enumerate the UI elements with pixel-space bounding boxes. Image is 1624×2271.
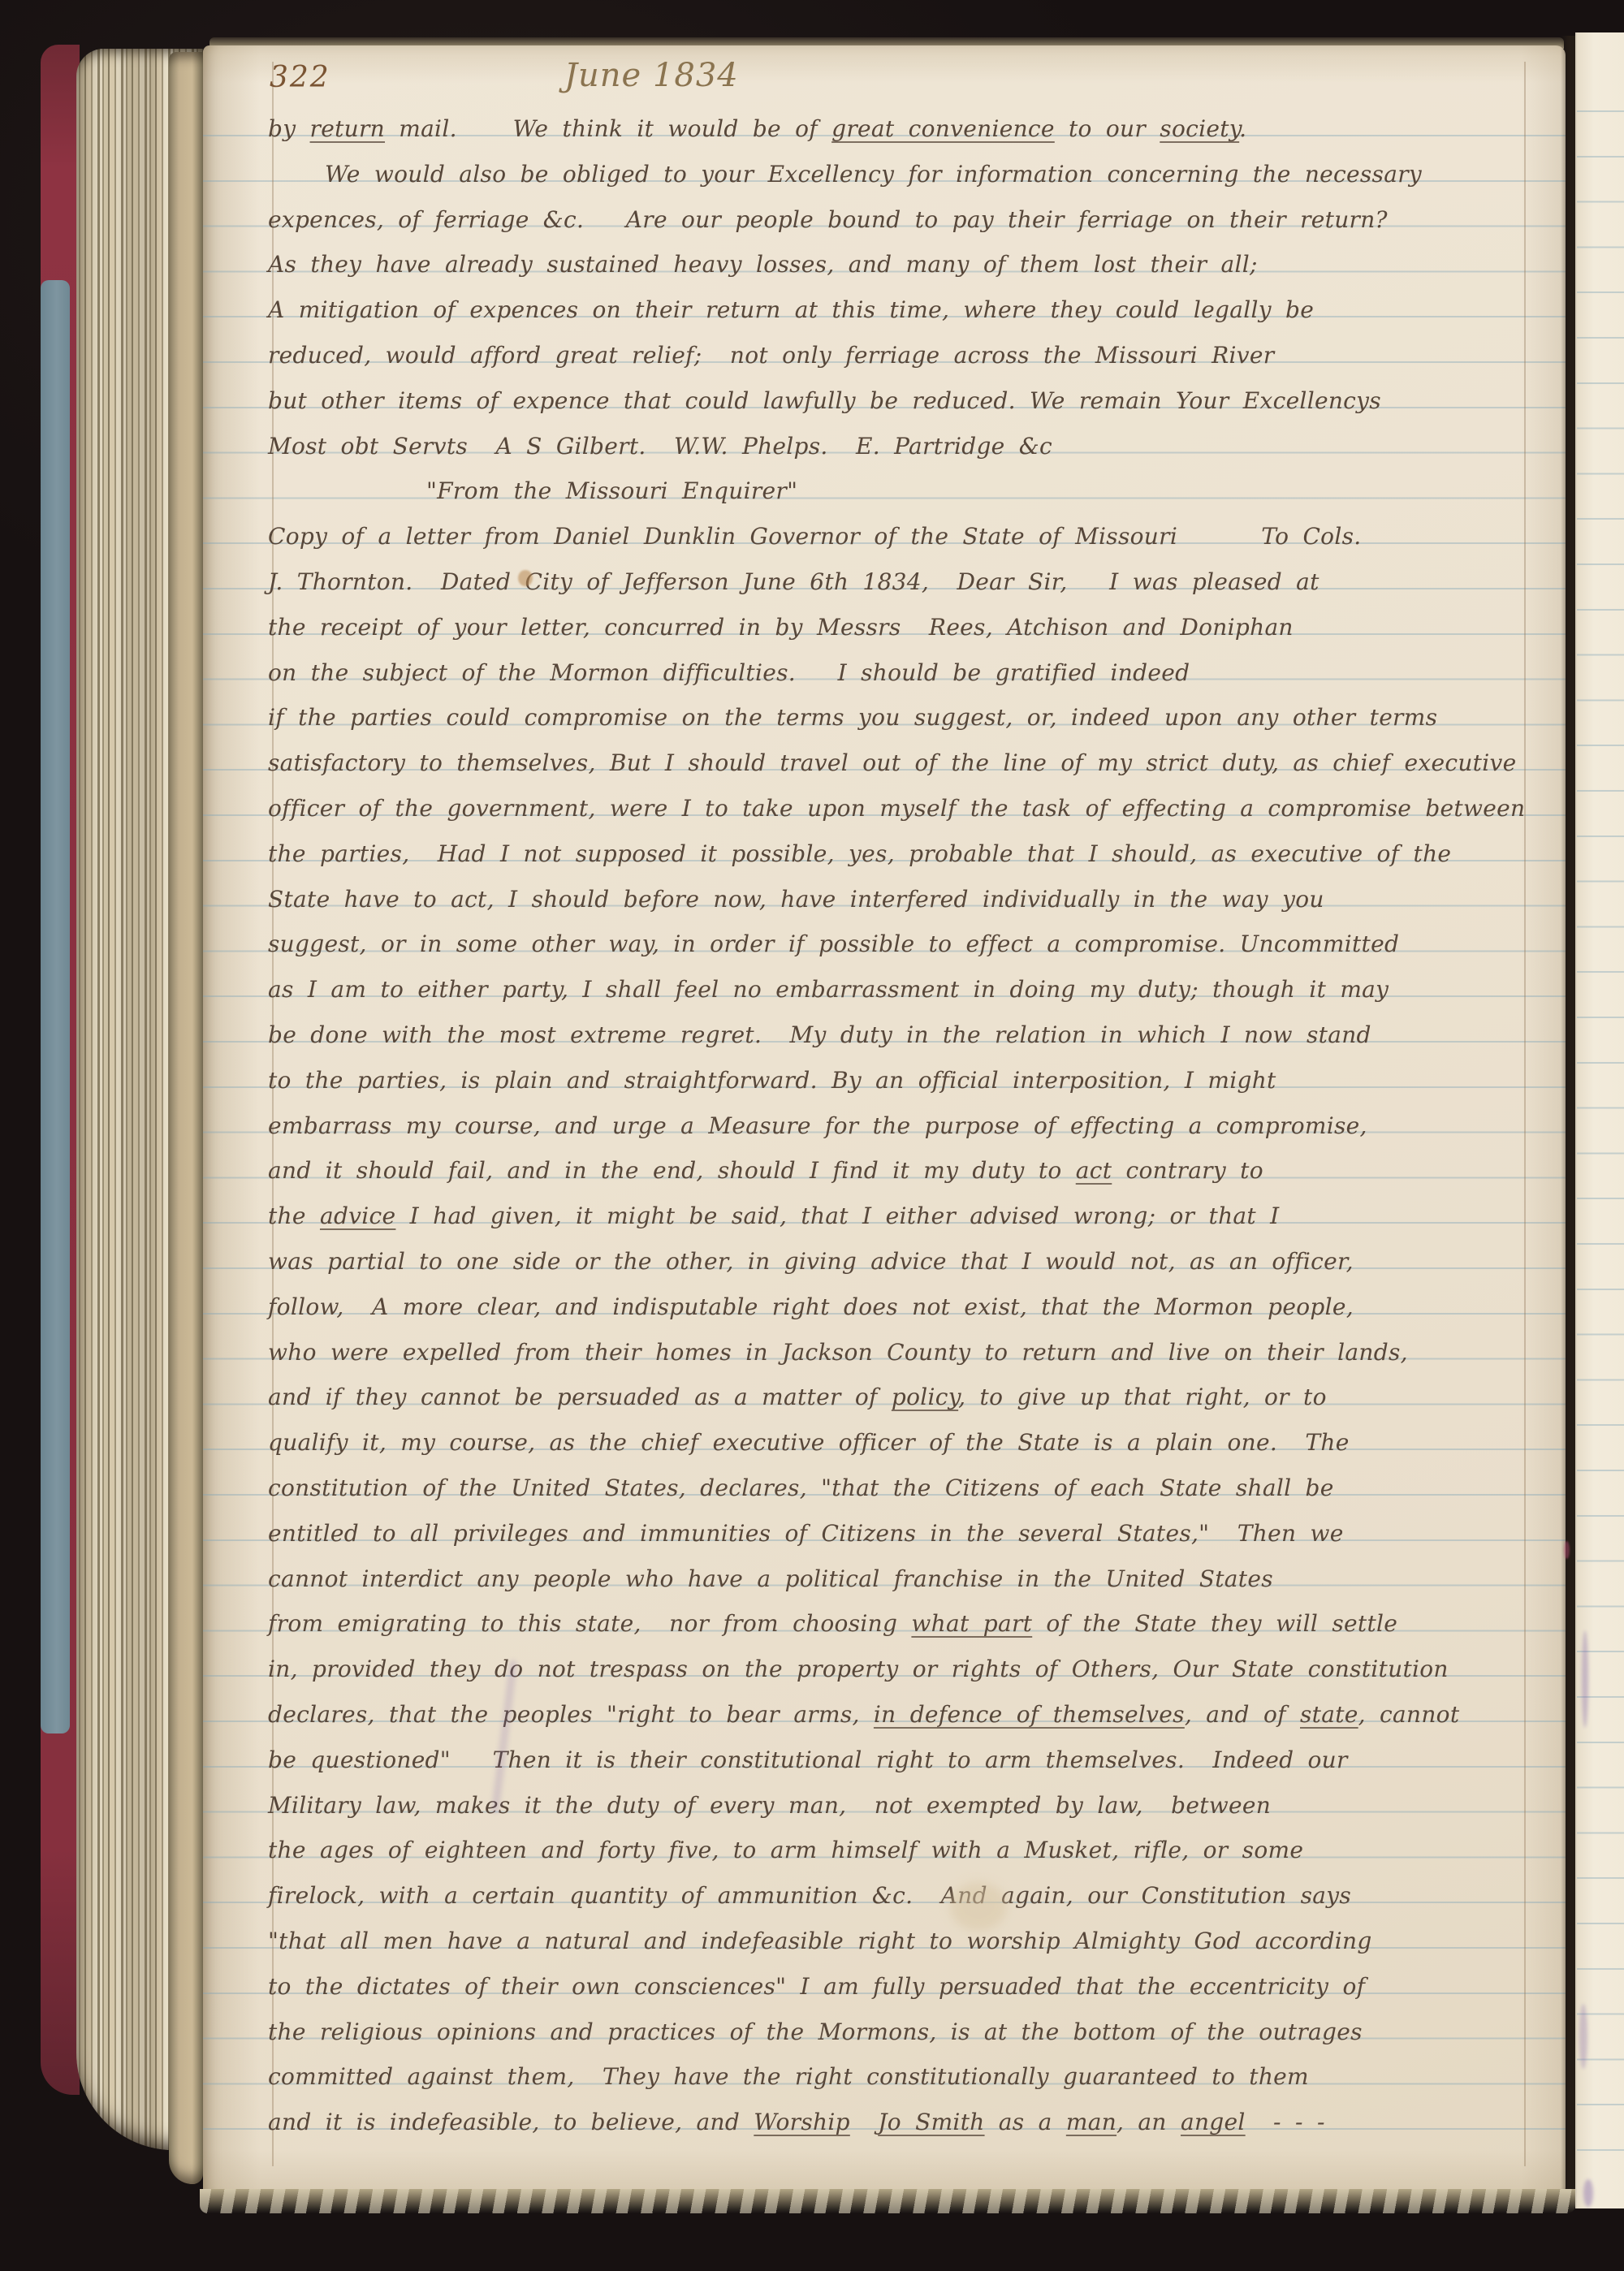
manuscript-heading-line: "From the Missouri Enquirer" — [426, 477, 797, 505]
manuscript-line: declares, that the peoples "right to bea… — [268, 1701, 1459, 1729]
manuscript-line: A mitigation of expences on their return… — [268, 296, 1314, 324]
manuscript-line: be done with the most extreme regret. My… — [268, 1021, 1371, 1049]
manuscript-line: constitution of the United States, decla… — [268, 1474, 1334, 1502]
header-date: June 1834 — [564, 57, 739, 94]
manuscript-line: to the parties, is plain and straightfor… — [268, 1067, 1276, 1094]
manuscript-line: "that all men have a natural and indefea… — [268, 1928, 1372, 1955]
manuscript-line: follow, A more clear, and indisputable r… — [268, 1293, 1354, 1321]
manuscript-line: from emigrating to this state, nor from … — [268, 1610, 1397, 1638]
facing-page-ruled-lines — [1577, 110, 1624, 2168]
manuscript-line: J. Thornton. Dated City of Jefferson Jun… — [268, 568, 1319, 596]
manuscript-line: but other items of expence that could la… — [268, 387, 1381, 415]
manuscript-line: reduced, would afford great relief; not … — [268, 342, 1274, 369]
manuscript-line: the parties, Had I not supposed it possi… — [268, 840, 1451, 868]
manuscript-line: as I am to either party, I shall feel no… — [268, 976, 1389, 1004]
manuscript-line: entitled to all privileges and immunitie… — [268, 1520, 1344, 1548]
manuscript-line: the ages of eighteen and forty five, to … — [268, 1837, 1303, 1864]
page-edge-stripe — [169, 52, 203, 2184]
manuscript-line: if the parties could compromise on the t… — [268, 704, 1437, 732]
manuscript-line: As they have already sustained heavy los… — [268, 251, 1258, 278]
manuscript-line: to the dictates of their own consciences… — [268, 1973, 1365, 2001]
book-gutter-shadow — [1561, 36, 1577, 2207]
page-bottom-edge — [200, 2189, 1575, 2213]
manuscript-line: the advice I had given, it might be said… — [268, 1202, 1280, 1230]
manuscript-line: officer of the government, were I to tak… — [268, 795, 1525, 822]
manuscript-line: qualify it, my course, as the chief exec… — [268, 1429, 1350, 1457]
manuscript-line: the religious opinions and practices of … — [268, 2018, 1363, 2046]
manuscript-line: embarrass my course, and urge a Measure … — [268, 1112, 1367, 1140]
manuscript-line: cannot interdict any people who have a p… — [268, 1565, 1273, 1593]
manuscript-line: by return mail. We think it would be of … — [268, 115, 1246, 143]
manuscript-line: Copy of a letter from Daniel Dunklin Gov… — [268, 523, 1361, 550]
book-scan: { "document": { "page_number": "322", "h… — [0, 0, 1624, 2271]
manuscript-line: satisfactory to themselves, But I should… — [268, 749, 1516, 777]
manuscript-line: and if they cannot be persuaded as a mat… — [268, 1384, 1327, 1411]
page-number: 322 — [270, 62, 330, 94]
manuscript-line: suggest, or in some other way, in order … — [268, 930, 1399, 958]
manuscript-line: State have to act, I should before now, … — [268, 886, 1324, 913]
manuscript-line: on the subject of the Mormon difficultie… — [268, 659, 1190, 687]
manuscript-page: 322 June 1834 by return mail. We think i… — [203, 45, 1566, 2199]
manuscript-line: We would also be obliged to your Excelle… — [325, 161, 1422, 188]
facing-page-strip — [1575, 32, 1624, 2208]
book-cover-cloth-edge — [41, 280, 70, 1733]
manuscript-line: expences, of ferriage &c. Are our people… — [268, 206, 1388, 234]
manuscript-line: the receipt of your letter, concurred in… — [268, 614, 1294, 641]
manuscript-line: in, provided they do not trespass on the… — [268, 1656, 1449, 1683]
manuscript-line: was partial to one side or the other, in… — [268, 1248, 1354, 1276]
manuscript-line: committed against them, They have the ri… — [268, 2063, 1309, 2091]
manuscript-line: firelock, with a certain quantity of amm… — [268, 1882, 1351, 1910]
manuscript-line: Military law, makes it the duty of every… — [268, 1792, 1271, 1820]
manuscript-line: Most obt Servts A S Gilbert. W.W. Phelps… — [268, 433, 1052, 460]
manuscript-line: and it should fail, and in the end, shou… — [268, 1157, 1263, 1185]
manuscript-line: be questioned" Then it is their constitu… — [268, 1746, 1348, 1774]
manuscript-line: and it is indefeasible, to believe, and … — [268, 2109, 1325, 2136]
manuscript-lines: by return mail. We think it would be of … — [268, 115, 1535, 2170]
manuscript-line: who were expelled from their homes in Ja… — [268, 1339, 1408, 1366]
